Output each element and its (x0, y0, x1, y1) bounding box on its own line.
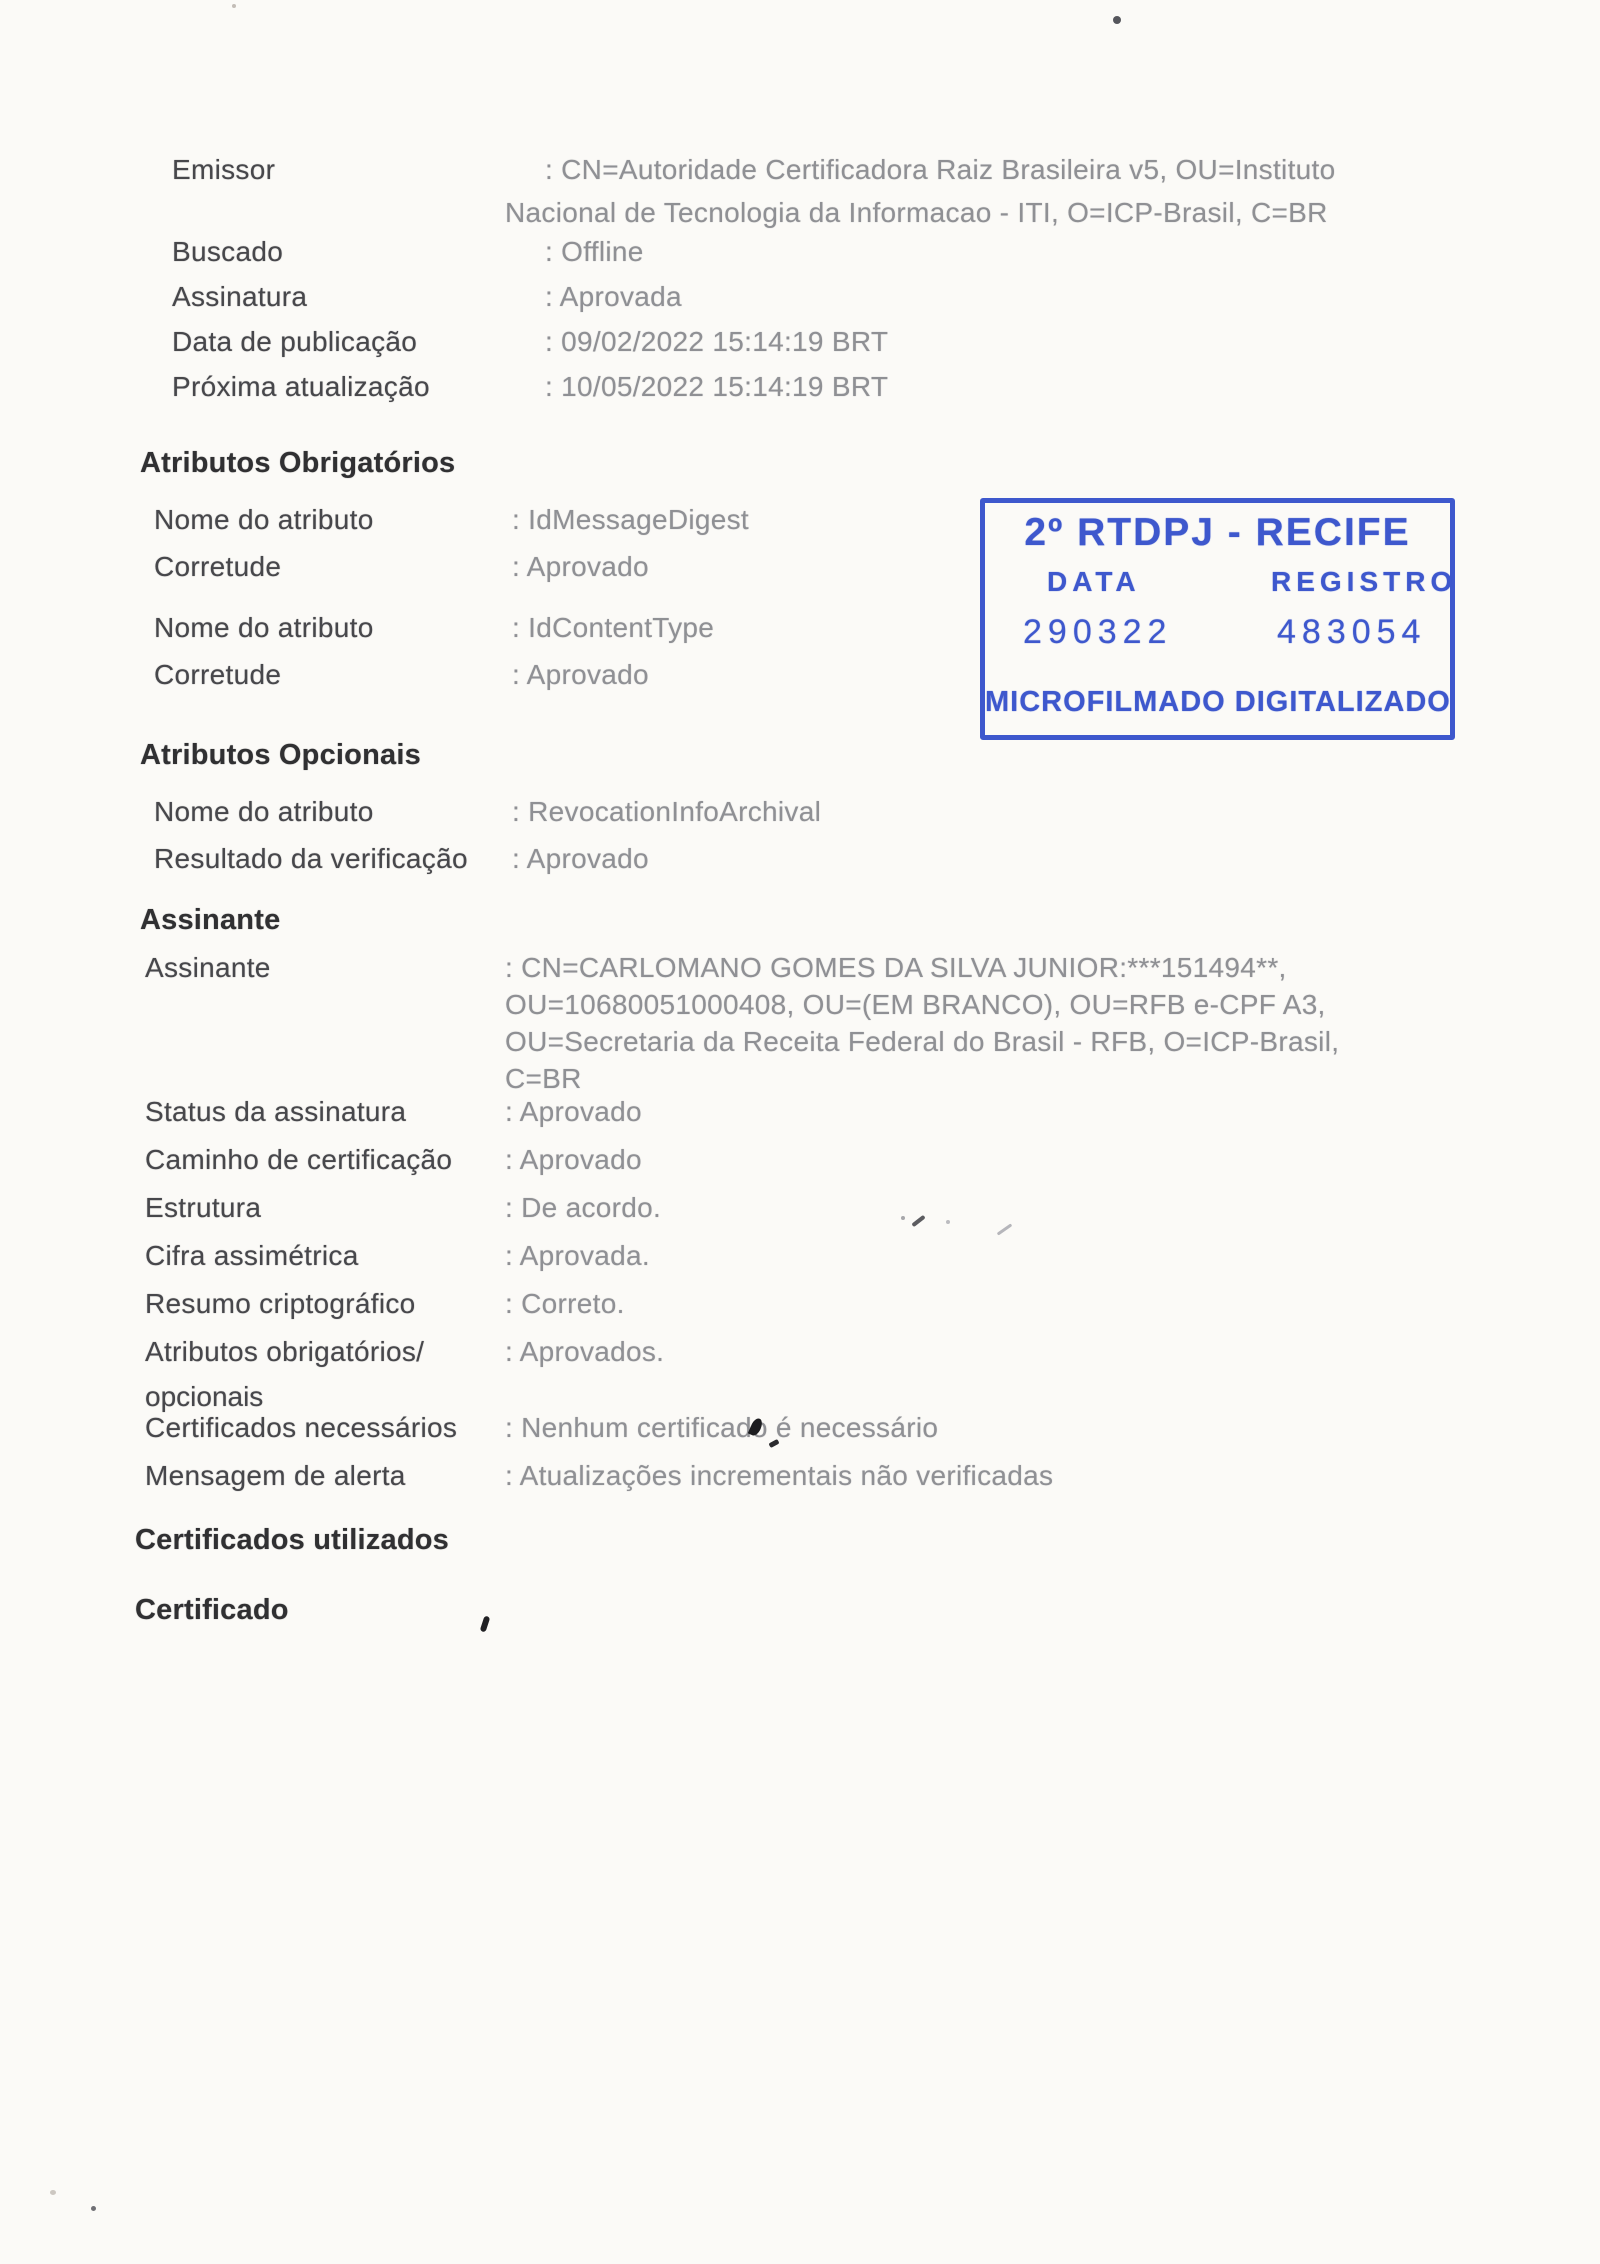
field-row: Resumo criptográfico : Correto. (0, 1284, 1600, 1324)
field-label: Resumo criptográfico (145, 1284, 416, 1324)
field-row-assinante-subject: Assinante : CN=CARLOMANO GOMES DA SILVA … (0, 948, 1600, 988)
stamp-registro-value: 483054 (1277, 613, 1426, 652)
scan-speck (232, 4, 236, 8)
field-label: Atributos obrigatórios/ (145, 1332, 424, 1372)
field-value: : CN=CARLOMANO GOMES DA SILVA JUNIOR:***… (505, 948, 1287, 988)
field-row: Mensagem de alerta : Atualizações increm… (0, 1456, 1600, 1496)
field-value: : Aprovada. (505, 1236, 650, 1276)
field-label: Corretude (154, 547, 281, 587)
field-value: : Offline (545, 232, 644, 272)
field-label: Assinatura (172, 277, 307, 317)
field-label: Resultado da verificação (154, 839, 468, 879)
section-heading-atributos-obrigatorios: Atributos Obrigatórios (140, 443, 455, 483)
field-value: : Correto. (505, 1284, 625, 1324)
field-row-subject-wrap: OU=10680051000408, OU=(EM BRANCO), OU=RF… (0, 985, 1600, 1025)
field-row: Resultado da verificação : Aprovado (0, 839, 1600, 879)
field-row: Cifra assimétrica : Aprovada. (0, 1236, 1600, 1276)
field-label: Buscado (172, 232, 283, 272)
scan-speck (1113, 16, 1121, 24)
field-value: : Aprovado (512, 655, 649, 695)
stamp-title: 2º RTDPJ - RECIFE (985, 511, 1450, 555)
field-value: : IdMessageDigest (512, 500, 749, 540)
field-label: Status da assinatura (145, 1092, 406, 1132)
scanned-verification-report: Emissor : CN=Autoridade Certificadora Ra… (0, 0, 1600, 2264)
field-row-assinatura: Assinatura : Aprovada (0, 277, 1600, 317)
field-label: Nome do atributo (154, 500, 374, 540)
field-label: Emissor (172, 150, 275, 190)
field-row-data-publicacao: Data de publicação : 09/02/2022 15:14:19… (0, 322, 1600, 362)
field-value: : 10/05/2022 15:14:19 BRT (545, 367, 888, 407)
field-value: : Aprovado (512, 839, 649, 879)
section-heading-atributos-opcionais: Atributos Opcionais (140, 735, 421, 775)
field-value: : Aprovada (545, 277, 682, 317)
section-heading-certificado: Certificado (135, 1590, 289, 1630)
field-label: Nome do atributo (154, 792, 374, 832)
field-label: Data de publicação (172, 322, 417, 362)
field-value: : Aprovados. (505, 1332, 664, 1372)
field-value: : CN=Autoridade Certificadora Raiz Brasi… (545, 150, 1336, 190)
field-row: Certificados necessários : Nenhum certif… (0, 1408, 1600, 1448)
section-heading-certificados-utilizados: Certificados utilizados (135, 1520, 449, 1560)
pen-mark (480, 1615, 491, 1632)
field-row-two-line-label: Atributos obrigatórios/ opcionais : Apro… (0, 1332, 1600, 1372)
field-label: Certificados necessários (145, 1408, 457, 1448)
field-value-wrap: Nacional de Tecnologia da Informacao - I… (505, 193, 1328, 233)
field-value: : Aprovado (505, 1092, 642, 1132)
field-value: : 09/02/2022 15:14:19 BRT (545, 322, 888, 362)
field-row-emissor: Emissor : CN=Autoridade Certificadora Ra… (0, 150, 1600, 190)
section-heading-assinante: Assinante (140, 900, 280, 940)
scan-speck (901, 1216, 905, 1220)
field-value: : Aprovado (505, 1140, 642, 1180)
field-row: Status da assinatura : Aprovado (0, 1092, 1600, 1132)
scan-speck (91, 2206, 96, 2211)
field-label: Cifra assimétrica (145, 1236, 359, 1276)
stamp-data-label: DATA (1047, 566, 1141, 598)
field-value: : Aprovado (512, 547, 649, 587)
field-row: Caminho de certificação : Aprovado (0, 1140, 1600, 1180)
field-label: Estrutura (145, 1188, 261, 1228)
field-value: : De acordo. (505, 1188, 661, 1228)
stamp-data-value: 290322 (1023, 613, 1172, 652)
field-row-subject-wrap: OU=Secretaria da Receita Federal do Bras… (0, 1022, 1600, 1062)
stamp-footer-line: MICROFILMADO DIGITALIZADO (985, 686, 1450, 719)
field-row-proxima-atualizacao: Próxima atualização : 10/05/2022 15:14:1… (0, 367, 1600, 407)
field-row: Nome do atributo : RevocationInfoArchiva… (0, 792, 1600, 832)
field-row-buscado: Buscado : Offline (0, 232, 1600, 272)
field-label: Nome do atributo (154, 608, 374, 648)
field-label: Corretude (154, 655, 281, 695)
registry-stamp: 2º RTDPJ - RECIFE DATA REGISTRO 290322 4… (980, 498, 1455, 740)
field-row-emissor-wrap: Nacional de Tecnologia da Informacao - I… (0, 193, 1600, 233)
field-label: Próxima atualização (172, 367, 430, 407)
field-value: : RevocationInfoArchival (512, 792, 821, 832)
scan-speck (50, 2190, 56, 2195)
field-value: : IdContentType (512, 608, 714, 648)
field-label: Mensagem de alerta (145, 1456, 406, 1496)
field-label: Assinante (145, 948, 271, 988)
field-value: : Atualizações incrementais não verifica… (505, 1456, 1053, 1496)
field-value: : Nenhum certificado é necessário (505, 1408, 938, 1448)
stamp-registro-label: REGISTRO (1271, 566, 1457, 598)
field-label: Caminho de certificação (145, 1140, 452, 1180)
scan-speck (946, 1220, 950, 1224)
field-row: Estrutura : De acordo. (0, 1188, 1600, 1228)
field-value-wrap: OU=10680051000408, OU=(EM BRANCO), OU=RF… (505, 985, 1326, 1025)
field-value-wrap: OU=Secretaria da Receita Federal do Bras… (505, 1022, 1339, 1062)
